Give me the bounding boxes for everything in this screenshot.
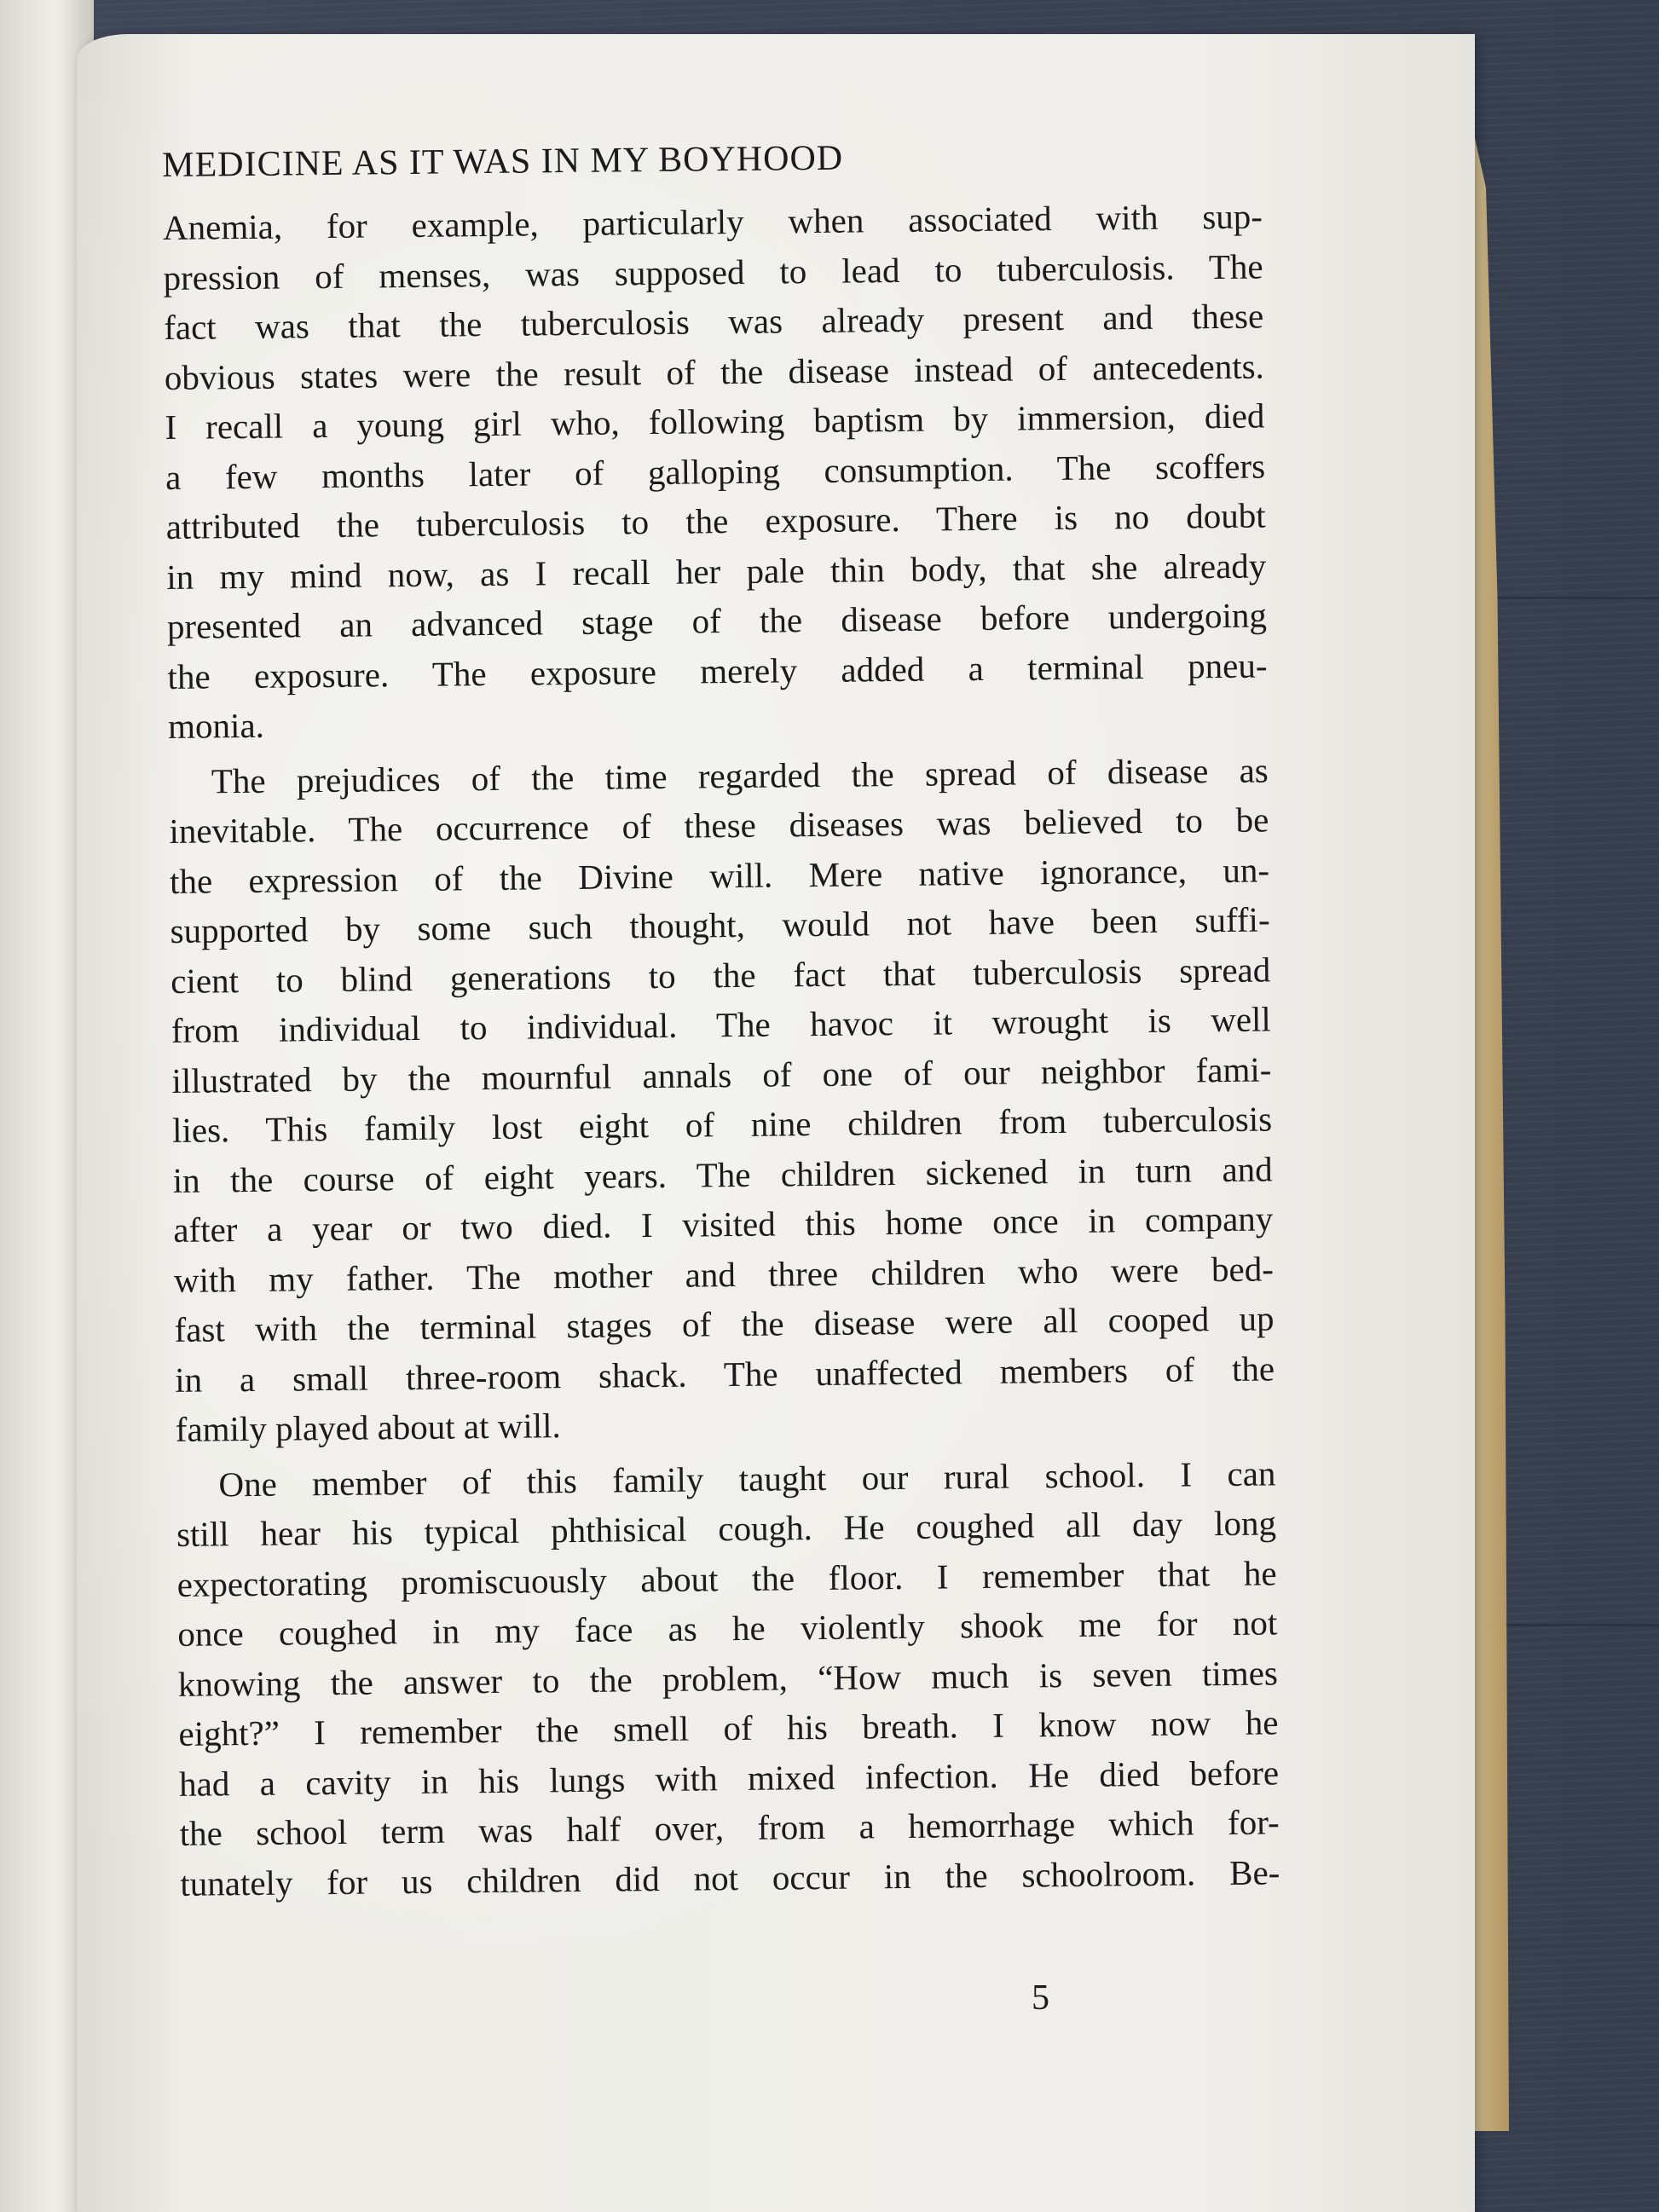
paragraph-3: One member of this family taught our rur… xyxy=(176,1448,1288,1909)
paragraph-1: Anemia, for example, particularly when a… xyxy=(163,191,1277,751)
paragraph-2: The prejudices of the time regarded the … xyxy=(169,745,1285,1455)
page-text-block: MEDICINE AS IT WAS IN MY BOYHOOD Anemia,… xyxy=(162,133,1289,1913)
text-line: family played about at will. xyxy=(175,1393,1275,1454)
page-number: 5 xyxy=(1032,1978,1049,2019)
